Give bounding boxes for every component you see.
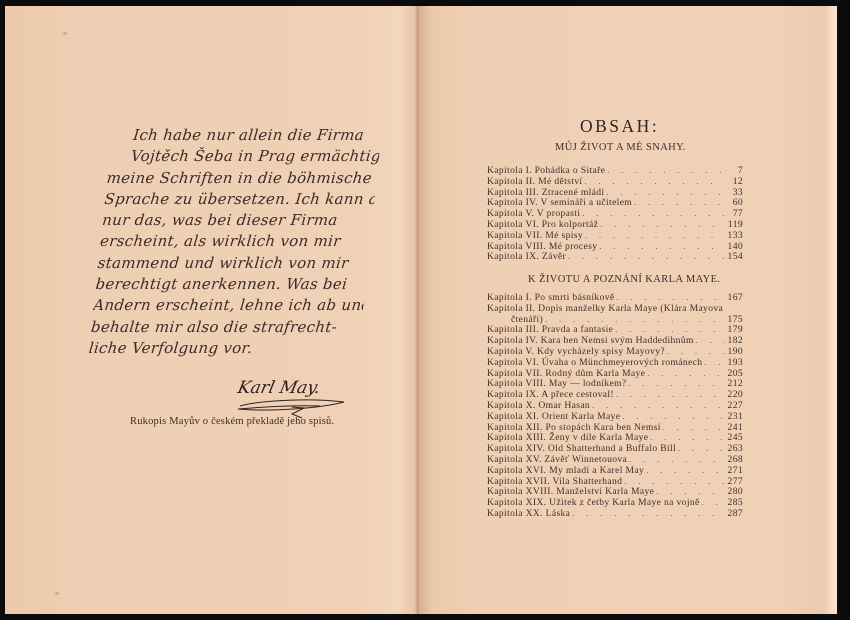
dot-leader <box>634 198 725 207</box>
page-number: 175 <box>727 314 743 325</box>
toc-entry-continuation: čtenáři)175 <box>487 314 743 325</box>
handwriting-line: stammend und wirklich von mir <box>97 253 369 274</box>
dot-leader <box>600 220 725 229</box>
page-number: 205 <box>727 368 743 379</box>
chapter-title: Kapitola XV. Závěť Winnetouova <box>487 454 627 465</box>
dot-leader <box>584 177 725 186</box>
toc-entry: Kapitola V. V propasti77 <box>487 208 743 219</box>
page-number: 287 <box>727 508 743 519</box>
dot-leader <box>704 358 725 367</box>
dot-leader <box>568 252 725 261</box>
toc-entry: Kapitola XIV. Old Shatterhand a Buffalo … <box>487 443 743 454</box>
page-number: 231 <box>727 411 743 422</box>
toc-entry: Kapitola VII. Rodný dům Karla Maye205 <box>487 368 743 379</box>
chapter-title: Kapitola XIII. Ženy v díle Karla Maye <box>487 432 648 443</box>
dot-leader <box>616 390 725 399</box>
dot-leader <box>663 423 725 432</box>
chapter-title: Kapitola I. Po smrti básníkově <box>487 292 614 303</box>
page-number: 7 <box>727 165 743 176</box>
chapter-title: Kapitola XVII. Vila Shatterhand <box>487 476 622 487</box>
dot-leader <box>678 444 725 453</box>
handwriting-line: meine Schriften in die böhmische <box>106 168 378 189</box>
dot-leader <box>624 477 725 486</box>
page-number: 241 <box>727 422 743 433</box>
chapter-title: Kapitola XVI. My mladí a Karel May <box>487 465 644 476</box>
chapter-title: Kapitola XIX. Užitek z četby Karla Maye … <box>487 497 700 508</box>
image-caption: Rukopis Mayův o českém překladě jeho spi… <box>130 416 350 427</box>
dot-leader <box>667 347 725 356</box>
toc-section-2: Kapitola I. Po smrti básníkově167 Kapito… <box>487 292 743 519</box>
toc-entry: Kapitola XIX. Užitek z četby Karla Maye … <box>487 497 743 508</box>
page-number: 60 <box>727 197 743 208</box>
handwriting-line: Vojtěch Šeba in Prag ermächtigt <box>108 146 380 167</box>
dot-leader <box>616 293 725 302</box>
dot-leader <box>582 209 725 218</box>
page-number: 33 <box>727 187 743 198</box>
toc-entry: Kapitola VIII. May — lodníkem?212 <box>487 378 743 389</box>
toc-entry: Kapitola XVIII. Manželství Karla Maye280 <box>487 486 743 497</box>
page-number: 133 <box>727 230 743 241</box>
dot-leader <box>656 487 725 496</box>
page-number: 271 <box>727 465 743 476</box>
page-number: 220 <box>727 389 743 400</box>
toc-entry: Kapitola XI. Orient Karla Maye231 <box>487 411 743 422</box>
page-number: 154 <box>727 251 743 262</box>
chapter-title: Kapitola IV. Kara ben Nemsi svým Haddedi… <box>487 335 694 346</box>
toc-entry: Kapitola XV. Závěť Winnetouova268 <box>487 454 743 465</box>
toc-title: OBSAH: <box>580 116 659 137</box>
chapter-title: Kapitola V. V propasti <box>487 208 580 219</box>
page-number: 263 <box>727 443 743 454</box>
dot-leader <box>629 379 725 388</box>
handwriting-line: behalte mir also die strafrecht- <box>90 317 362 338</box>
toc-entry: Kapitola IX. Závěr154 <box>487 251 743 262</box>
dot-leader <box>592 401 725 410</box>
page-number: 167 <box>727 292 743 303</box>
chapter-title: Kapitola IX. A přece cestoval! <box>487 389 614 400</box>
toc-entry: Kapitola II. Mé dětství12 <box>487 176 743 187</box>
toc-entry: Kapitola III. Ztracené mládí33 <box>487 187 743 198</box>
dot-leader <box>696 336 725 345</box>
dot-leader <box>545 315 725 324</box>
handwritten-note: Ich habe nur allein die Firma Vojtěch Še… <box>88 125 383 359</box>
toc-entry: Kapitola VI. Pro kolportáž119 <box>487 219 743 230</box>
chapter-title: Kapitola XVIII. Manželství Karla Maye <box>487 486 654 497</box>
chapter-title: Kapitola X. Omar Hasan <box>487 400 590 411</box>
paper-speck <box>55 592 59 595</box>
page-number: 277 <box>727 476 743 487</box>
toc-entry: Kapitola XII. Po stopách Kara ben Nemsi2… <box>487 422 743 433</box>
dot-leader <box>607 166 725 175</box>
page-number: 140 <box>727 241 743 252</box>
toc-entry: Kapitola VIII. Mé procesy140 <box>487 241 743 252</box>
dot-leader <box>629 455 725 464</box>
dot-leader <box>646 466 725 475</box>
dot-leader <box>615 325 725 334</box>
handwriting-line: nur das, was bei dieser Firma <box>101 210 373 231</box>
handwriting-line: Ich habe nur allein die Firma <box>110 125 382 146</box>
dot-leader <box>599 242 725 251</box>
toc-entry: Kapitola VII. Mé spisy133 <box>487 230 743 241</box>
page-number: 268 <box>727 454 743 465</box>
page-number: 280 <box>727 486 743 497</box>
toc-entry: Kapitola V. Kdy vycházely spisy Mayovy?1… <box>487 346 743 357</box>
chapter-title: Kapitola V. Kdy vycházely spisy Mayovy? <box>487 346 665 357</box>
toc-entry: Kapitola I. Po smrti básníkově167 <box>487 292 743 303</box>
page-number: 179 <box>727 324 743 335</box>
chapter-title: Kapitola III. Ztracené mládí <box>487 187 604 198</box>
chapter-title: Kapitola VII. Mé spisy <box>487 230 583 241</box>
toc-entry: Kapitola II. Dopis manželky Karla Maye (… <box>487 303 743 314</box>
book-gutter <box>415 6 420 614</box>
toc-entry: Kapitola VI. Úvaha o Münchmeyerových rom… <box>487 357 743 368</box>
chapter-title: Kapitola XII. Po stopách Kara ben Nemsi <box>487 422 661 433</box>
toc-entry: Kapitola I. Pohádka o Sitaře7 <box>487 165 743 176</box>
page-number: 12 <box>727 176 743 187</box>
chapter-title: Kapitola VI. Pro kolportáž <box>487 219 598 230</box>
section-heading: MŮJ ŽIVOT A MÉ SNAHY. <box>555 142 686 153</box>
handwriting-line: Sprache zu übersetzen. Ich kann also <box>103 189 375 210</box>
toc-entry: Kapitola IV. Kara ben Nemsi svým Haddedi… <box>487 335 743 346</box>
page-number: 119 <box>727 219 743 230</box>
handwriting-line: berechtigt anerkennen. Was bei <box>94 274 366 295</box>
dot-leader <box>622 412 725 421</box>
toc-entry: Kapitola XVI. My mladí a Karel May271 <box>487 465 743 476</box>
dot-leader <box>650 433 725 442</box>
toc-entry: Kapitola X. Omar Hasan227 <box>487 400 743 411</box>
dot-leader <box>606 188 725 197</box>
toc-section-1: Kapitola I. Pohádka o Sitaře7 Kapitola I… <box>487 165 743 262</box>
chapter-title: Kapitola VIII. Mé procesy <box>487 241 597 252</box>
chapter-title: Kapitola III. Pravda a fantasie <box>487 324 613 335</box>
handwriting-line: Andern erscheint, lehne ich ab und <box>92 295 364 316</box>
dot-leader <box>585 231 725 240</box>
section-heading: K ŽIVOTU A POZNÁNÍ KARLA MAYE. <box>528 274 720 285</box>
page-number: 212 <box>727 378 743 389</box>
chapter-title: Kapitola II. Dopis manželky Karla Maye (… <box>487 303 723 314</box>
dot-leader <box>702 498 725 507</box>
chapter-title: Kapitola II. Mé dětství <box>487 176 582 187</box>
page-number: 285 <box>727 497 743 508</box>
toc-entry: Kapitola XX. Láska287 <box>487 508 743 519</box>
page-number: 227 <box>727 400 743 411</box>
toc-entry: Kapitola IV. V semináři a učitelem60 <box>487 197 743 208</box>
chapter-title: Kapitola XX. Láska <box>487 508 570 519</box>
chapter-title: Kapitola VI. Úvaha o Münchmeyerových rom… <box>487 357 702 368</box>
page-number: 193 <box>727 357 743 368</box>
dot-leader <box>647 369 725 378</box>
chapter-title: Kapitola VII. Rodný dům Karla Maye <box>487 368 645 379</box>
page-number: 182 <box>727 335 743 346</box>
toc-entry: Kapitola III. Pravda a fantasie179 <box>487 324 743 335</box>
toc-entry: Kapitola XVII. Vila Shatterhand277 <box>487 476 743 487</box>
chapter-title: Kapitola VIII. May — lodníkem? <box>487 378 627 389</box>
dot-leader <box>572 509 725 518</box>
page-number: 77 <box>727 208 743 219</box>
handwriting-line: liche Verfolgung vor. <box>88 338 360 359</box>
chapter-title: Kapitola XI. Orient Karla Maye <box>487 411 620 422</box>
toc-entry: Kapitola IX. A přece cestoval!220 <box>487 389 743 400</box>
page-number: 190 <box>727 346 743 357</box>
page-number: 245 <box>727 432 743 443</box>
chapter-title: Kapitola XIV. Old Shatterhand a Buffalo … <box>487 443 676 454</box>
chapter-title: Kapitola I. Pohádka o Sitaře <box>487 165 605 176</box>
handwriting-line: erscheint, als wirklich von mir <box>99 231 371 252</box>
toc-entry: Kapitola XIII. Ženy v díle Karla Maye245 <box>487 432 743 443</box>
chapter-title-continuation: čtenáři) <box>511 314 543 325</box>
chapter-title: Kapitola IV. V semináři a učitelem <box>487 197 632 208</box>
chapter-title: Kapitola IX. Závěr <box>487 251 566 262</box>
paper-speck <box>63 32 67 35</box>
